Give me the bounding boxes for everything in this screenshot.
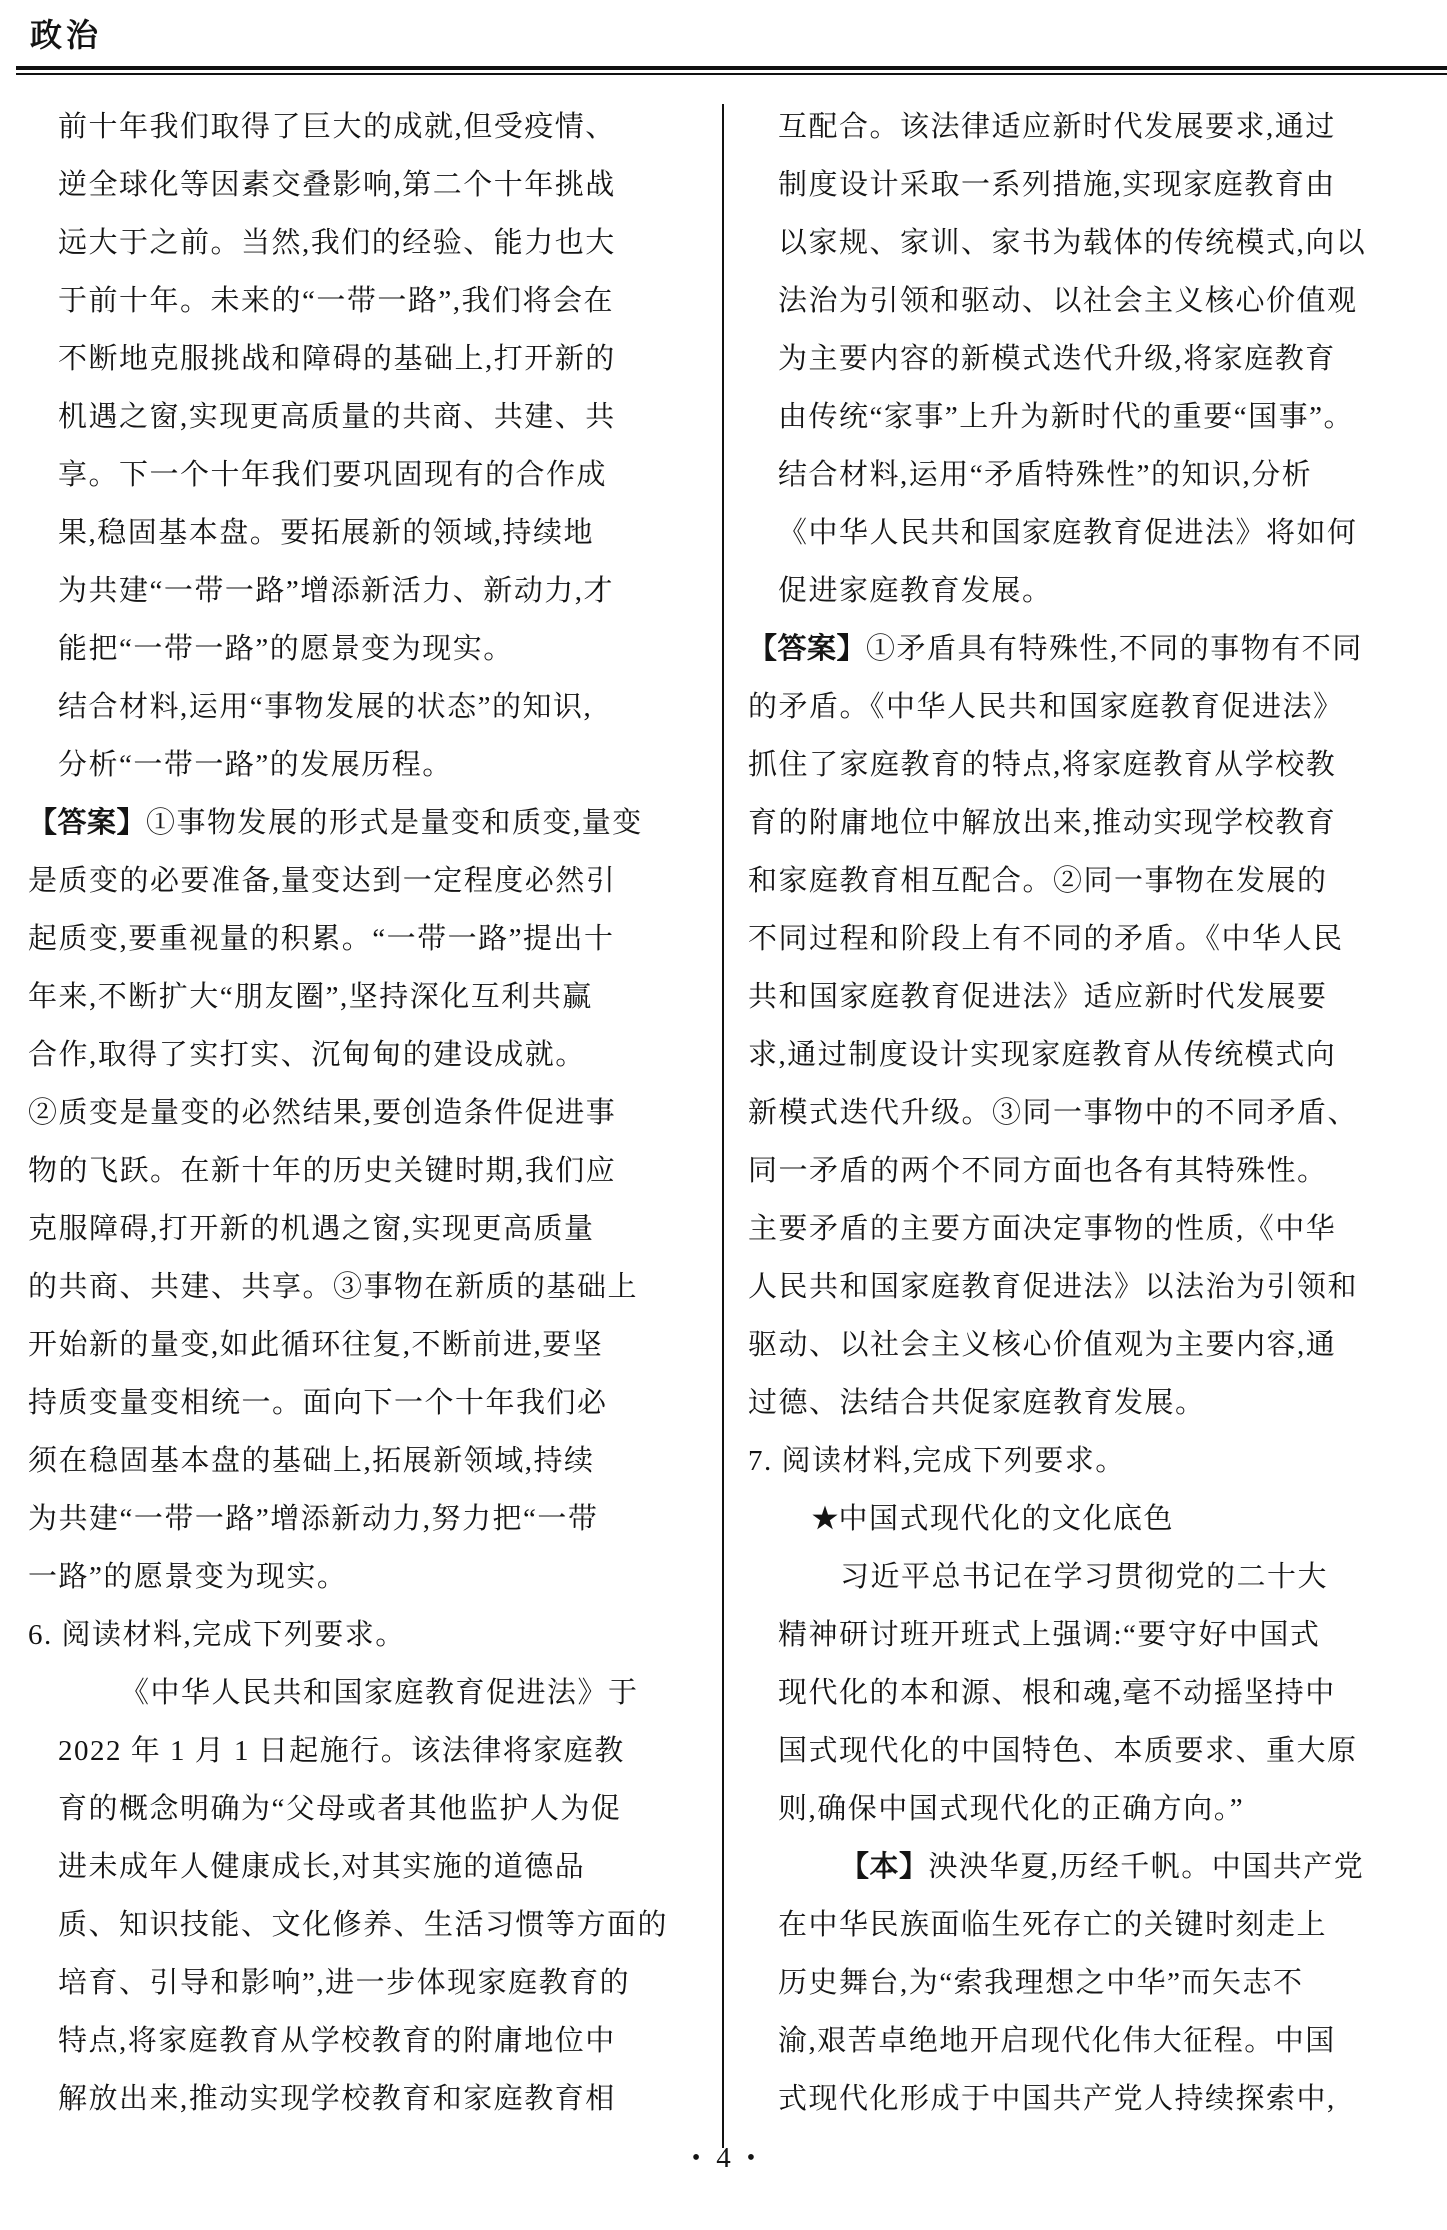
- text-line: 结合材料,运用“事物发展的状态”的知识,: [58, 678, 708, 736]
- text-line: 现代化的本和源、根和魂,毫不动摇坚持中: [778, 1664, 1428, 1722]
- text-line: 的共商、共建、共享。③事物在新质的基础上: [28, 1258, 708, 1316]
- text-line: 主要矛盾的主要方面决定事物的性质,《中华: [748, 1200, 1428, 1258]
- material-label: 【本】: [840, 1851, 929, 1883]
- text-line: 过德、法结合共促家庭教育发展。: [748, 1374, 1428, 1432]
- text-line: 须在稳固基本盘的基础上,拓展新领域,持续: [28, 1432, 708, 1490]
- text-line: 制度设计采取一系列措施,实现家庭教育由: [778, 156, 1428, 214]
- text-line: 驱动、以社会主义核心价值观为主要内容,通: [748, 1316, 1428, 1374]
- answer-label: 【答案】: [28, 807, 146, 839]
- text-line: 历史舞台,为“索我理想之中华”而矢志不: [778, 1954, 1428, 2012]
- text-line: 特点,将家庭教育从学校教育的附庸地位中: [58, 2012, 708, 2070]
- text-line: 求,通过制度设计实现家庭教育从传统模式向: [748, 1026, 1428, 1084]
- page-header-subject: 政治: [30, 10, 102, 56]
- text-line: 6. 阅读材料,完成下列要求。: [28, 1606, 708, 1664]
- text-line: 解放出来,推动实现学校教育和家庭教育相: [58, 2070, 708, 2128]
- page-number: 4: [716, 2142, 731, 2174]
- text-line: 合作,取得了实打实、沉甸甸的建设成就。: [28, 1026, 708, 1084]
- text-line: 由传统“家事”上升为新时代的重要“国事”。: [778, 388, 1428, 446]
- text-line: 前十年我们取得了巨大的成就,但受疫情、: [58, 98, 708, 156]
- page-footer: •4•: [0, 2142, 1447, 2175]
- text-line: 精神研讨班开班式上强调:“要守好中国式: [778, 1606, 1428, 1664]
- text-line: 【答案】①事物发展的形式是量变和质变,量变: [28, 794, 708, 852]
- footer-bullet-left: •: [692, 2145, 700, 2171]
- header-double-rule: [16, 66, 1447, 75]
- text-line: 是质变的必要准备,量变达到一定程度必然引: [28, 852, 708, 910]
- text-line: 人民共和国家庭教育促进法》以法治为引领和: [748, 1258, 1428, 1316]
- text-line: 质、知识技能、文化修养、生活习惯等方面的: [58, 1896, 708, 1954]
- text-line: ★中国式现代化的文化底色: [812, 1490, 1428, 1548]
- text-line: 以家规、家训、家书为载体的传统模式,向以: [778, 214, 1428, 272]
- text-line: 为共建“一带一路”增添新活力、新动力,才: [58, 562, 708, 620]
- text-line: 逆全球化等因素交叠影响,第二个十年挑战: [58, 156, 708, 214]
- text-line: 和家庭教育相互配合。②同一事物在发展的: [748, 852, 1428, 910]
- text-line: 《中华人民共和国家庭教育促进法》于: [120, 1664, 708, 1722]
- text-line: 年来,不断扩大“朋友圈”,坚持深化互利共赢: [28, 968, 708, 1026]
- text-line: 互配合。该法律适应新时代发展要求,通过: [778, 98, 1428, 156]
- footer-bullet-right: •: [747, 2145, 755, 2171]
- text-line: 克服障碍,打开新的机遇之窗,实现更高质量: [28, 1200, 708, 1258]
- text-line: 育的概念明确为“父母或者其他监护人为促: [58, 1780, 708, 1838]
- text-line: 能把“一带一路”的愿景变为现实。: [58, 620, 708, 678]
- text-line: 促进家庭教育发展。: [778, 562, 1428, 620]
- text-line: 【本】泱泱华夏,历经千帆。中国共产党: [840, 1838, 1428, 1896]
- text-line: 一路”的愿景变为现实。: [28, 1548, 708, 1606]
- text-line: 【答案】①矛盾具有特殊性,不同的事物有不同: [748, 620, 1428, 678]
- answer-label: 【答案】: [748, 633, 866, 665]
- text-line: 为共建“一带一路”增添新动力,努力把“一带: [28, 1490, 708, 1548]
- text-line: 机遇之窗,实现更高质量的共商、共建、共: [58, 388, 708, 446]
- text-line: 进未成年人健康成长,对其实施的道德品: [58, 1838, 708, 1896]
- text-line: 共和国家庭教育促进法》适应新时代发展要: [748, 968, 1428, 1026]
- text-line: 抓住了家庭教育的特点,将家庭教育从学校教: [748, 736, 1428, 794]
- header-rule-thin: [16, 73, 1447, 75]
- text-line: 《中华人民共和国家庭教育促进法》将如何: [778, 504, 1428, 562]
- text-line: 国式现代化的中国特色、本质要求、重大原: [778, 1722, 1428, 1780]
- left-text-column: 前十年我们取得了巨大的成就,但受疫情、逆全球化等因素交叠影响,第二个十年挑战远大…: [28, 98, 708, 2128]
- right-text-column: 互配合。该法律适应新时代发展要求,通过制度设计采取一系列措施,实现家庭教育由以家…: [748, 98, 1428, 2128]
- text-line: 享。下一个十年我们要巩固现有的合作成: [58, 446, 708, 504]
- text-line: 分析“一带一路”的发展历程。: [58, 736, 708, 794]
- star-icon: ★: [812, 1503, 839, 1535]
- text-line: 式现代化形成于中国共产党人持续探索中,: [778, 2070, 1428, 2128]
- text-line: 新模式迭代升级。③同一事物中的不同矛盾、: [748, 1084, 1428, 1142]
- text-line: 不断地克服挑战和障碍的基础上,打开新的: [58, 330, 708, 388]
- text-line: 果,稳固基本盘。要拓展新的领域,持续地: [58, 504, 708, 562]
- text-line: 7. 阅读材料,完成下列要求。: [748, 1432, 1428, 1490]
- text-line: 在中华民族面临生死存亡的关键时刻走上: [778, 1896, 1428, 1954]
- text-line: 结合材料,运用“矛盾特殊性”的知识,分析: [778, 446, 1428, 504]
- text-line: 同一矛盾的两个不同方面也各有其特殊性。: [748, 1142, 1428, 1200]
- text-line: 2022 年 1 月 1 日起施行。该法律将家庭教: [58, 1722, 708, 1780]
- text-line: 不同过程和阶段上有不同的矛盾。《中华人民: [748, 910, 1428, 968]
- text-line: 远大于之前。当然,我们的经验、能力也大: [58, 214, 708, 272]
- text-line: 持质变量变相统一。面向下一个十年我们必: [28, 1374, 708, 1432]
- text-line: 渝,艰苦卓绝地开启现代化伟大征程。中国: [778, 2012, 1428, 2070]
- text-line: 的矛盾。《中华人民共和国家庭教育促进法》: [748, 678, 1428, 736]
- text-line: 育的附庸地位中解放出来,推动实现学校教育: [748, 794, 1428, 852]
- text-line: 开始新的量变,如此循环往复,不断前进,要坚: [28, 1316, 708, 1374]
- text-line: 起质变,要重视量的积累。“一带一路”提出十: [28, 910, 708, 968]
- column-divider: [722, 104, 724, 2148]
- text-line: 习近平总书记在学习贯彻党的二十大: [840, 1548, 1428, 1606]
- text-line: 则,确保中国式现代化的正确方向。”: [778, 1780, 1428, 1838]
- text-line: 物的飞跃。在新十年的历史关键时期,我们应: [28, 1142, 708, 1200]
- text-line: 为主要内容的新模式迭代升级,将家庭教育: [778, 330, 1428, 388]
- text-line: 培育、引导和影响”,进一步体现家庭教育的: [58, 1954, 708, 2012]
- exam-answer-page: 政治 前十年我们取得了巨大的成就,但受疫情、逆全球化等因素交叠影响,第二个十年挑…: [0, 0, 1447, 2230]
- text-line: 法治为引领和驱动、以社会主义核心价值观: [778, 272, 1428, 330]
- text-line: ②质变是量变的必然结果,要创造条件促进事: [28, 1084, 708, 1142]
- text-line: 于前十年。未来的“一带一路”,我们将会在: [58, 272, 708, 330]
